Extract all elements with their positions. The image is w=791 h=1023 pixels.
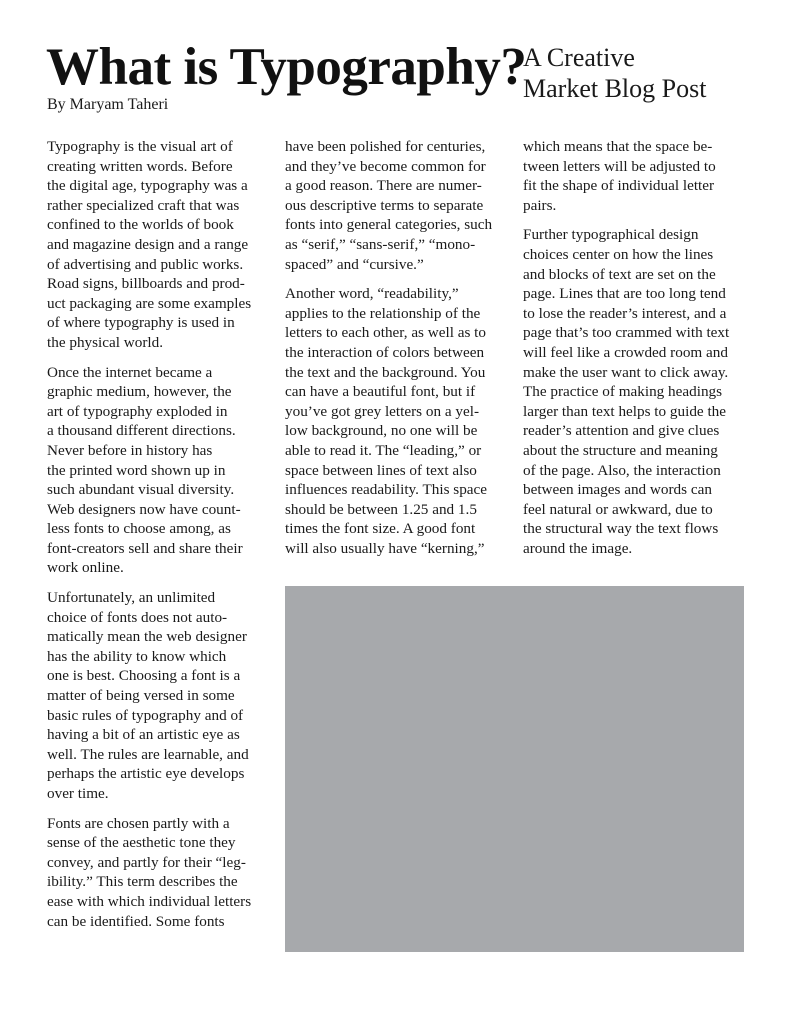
text-line: rather specialized craft that was <box>47 196 279 216</box>
text-line: confined to the worlds of book <box>47 215 279 235</box>
text-line: and they’ve become common for <box>285 157 517 177</box>
article-column-1: Typography is the visual art ofcreating … <box>47 137 279 941</box>
text-line: times the font size. A good font <box>285 519 517 539</box>
text-line: the physical world. <box>47 333 279 353</box>
text-line: art of typography exploded in <box>47 402 279 422</box>
text-line: pairs. <box>523 196 755 216</box>
text-line: perhaps the artistic eye develops <box>47 764 279 784</box>
text-line: around the image. <box>523 539 755 559</box>
text-line: matically mean the web designer <box>47 627 279 647</box>
text-line: space between lines of text also <box>285 461 517 481</box>
text-line: low background, no one will be <box>285 421 517 441</box>
text-line: reader’s attention and give clues <box>523 421 755 441</box>
text-line: graphic medium, however, the <box>47 382 279 402</box>
text-line: Never before in history has <box>47 441 279 461</box>
subtitle-line: A Creative <box>523 42 706 73</box>
text-line: page. Lines that are too long tend <box>523 284 755 304</box>
paragraph: Typography is the visual art ofcreating … <box>47 137 279 353</box>
paragraph: have been polished for centuries,and the… <box>285 137 517 274</box>
subtitle: A Creative Market Blog Post <box>523 42 706 104</box>
text-line: fit the shape of individual letter <box>523 176 755 196</box>
text-line: and blocks of text are set on the <box>523 265 755 285</box>
text-line: font-creators sell and share their <box>47 539 279 559</box>
paragraph: Once the internet became agraphic medium… <box>47 363 279 579</box>
text-line: make the user want to click away. <box>523 363 755 383</box>
text-line: sense of the aesthetic tone they <box>47 833 279 853</box>
paragraph: Unfortunately, an unlimitedchoice of fon… <box>47 588 279 804</box>
text-line: matter of being versed in some <box>47 686 279 706</box>
text-line: and magazine design and a range <box>47 235 279 255</box>
text-line: have been polished for centuries, <box>285 137 517 157</box>
text-line: the structural way the text flows <box>523 519 755 539</box>
text-line: a good reason. There are numer- <box>285 176 517 196</box>
text-line: ous descriptive terms to separate <box>285 196 517 216</box>
text-line: fonts into general categories, such <box>285 215 517 235</box>
text-line: will feel like a crowded room and <box>523 343 755 363</box>
byline: By Maryam Taheri <box>47 95 168 115</box>
text-line: to lose the reader’s interest, and a <box>523 304 755 324</box>
text-line: Unfortunately, an unlimited <box>47 588 279 608</box>
text-line: ease with which individual letters <box>47 892 279 912</box>
text-line: Typography is the visual art of <box>47 137 279 157</box>
text-line: one is best. Choosing a font is a <box>47 666 279 686</box>
text-line: Once the internet became a <box>47 363 279 383</box>
text-line: basic rules of typography and of <box>47 706 279 726</box>
text-line: able to read it. The “leading,” or <box>285 441 517 461</box>
text-line: over time. <box>47 784 279 804</box>
text-line: will also usually have “kerning,” <box>285 539 517 559</box>
text-line: Further typographical design <box>523 225 755 245</box>
text-line: having a bit of an artistic eye as <box>47 725 279 745</box>
text-line: Fonts are chosen partly with a <box>47 814 279 834</box>
text-line: spaced” and “cursive.” <box>285 255 517 275</box>
text-line: the interaction of colors between <box>285 343 517 363</box>
text-line: work online. <box>47 558 279 578</box>
text-line: choices center on how the lines <box>523 245 755 265</box>
text-line: less fonts to choose among, as <box>47 519 279 539</box>
page-title: What is Typography? <box>46 36 526 98</box>
text-line: such abundant visual diversity. <box>47 480 279 500</box>
paragraph: Further typographical designchoices cent… <box>523 225 755 558</box>
paragraph: which means that the space be-tween lett… <box>523 137 755 215</box>
text-line: the digital age, typography was a <box>47 176 279 196</box>
text-line: can be identified. Some fonts <box>47 912 279 932</box>
article-column-2: have been polished for centuries,and the… <box>285 137 517 568</box>
text-line: Road signs, billboards and prod- <box>47 274 279 294</box>
text-line: the text and the background. You <box>285 363 517 383</box>
text-line: larger than text helps to guide the <box>523 402 755 422</box>
text-line: you’ve got grey letters on a yel- <box>285 402 517 422</box>
text-line: page that’s too crammed with text <box>523 323 755 343</box>
text-line: choice of fonts does not auto- <box>47 608 279 628</box>
text-line: Web designers now have count- <box>47 500 279 520</box>
text-line: letters to each other, as well as to <box>285 323 517 343</box>
text-line: can have a beautiful font, but if <box>285 382 517 402</box>
text-line: well. The rules are learnable, and <box>47 745 279 765</box>
text-line: tween letters will be adjusted to <box>523 157 755 177</box>
text-line: creating written words. Before <box>47 157 279 177</box>
text-line: between images and words can <box>523 480 755 500</box>
text-line: which means that the space be- <box>523 137 755 157</box>
text-line: feel natural or awkward, due to <box>523 500 755 520</box>
text-line: as “serif,” “sans-serif,” “mono- <box>285 235 517 255</box>
paragraph: Fonts are chosen partly with asense of t… <box>47 814 279 932</box>
subtitle-line: Market Blog Post <box>523 73 706 104</box>
text-line: ibility.” This term describes the <box>47 872 279 892</box>
image-placeholder <box>285 586 744 952</box>
text-line: The practice of making headings <box>523 382 755 402</box>
text-line: of the page. Also, the interaction <box>523 461 755 481</box>
paragraph: Another word, “readability,”applies to t… <box>285 284 517 558</box>
text-line: influences readability. This space <box>285 480 517 500</box>
text-line: applies to the relationship of the <box>285 304 517 324</box>
text-line: a thousand different directions. <box>47 421 279 441</box>
text-line: of where typography is used in <box>47 313 279 333</box>
article-column-3: which means that the space be-tween lett… <box>523 137 755 568</box>
text-line: uct packaging are some examples <box>47 294 279 314</box>
text-line: Another word, “readability,” <box>285 284 517 304</box>
text-line: convey, and partly for their “leg- <box>47 853 279 873</box>
text-line: should be between 1.25 and 1.5 <box>285 500 517 520</box>
text-line: about the structure and meaning <box>523 441 755 461</box>
text-line: of advertising and public works. <box>47 255 279 275</box>
text-line: has the ability to know which <box>47 647 279 667</box>
text-line: the printed word shown up in <box>47 461 279 481</box>
